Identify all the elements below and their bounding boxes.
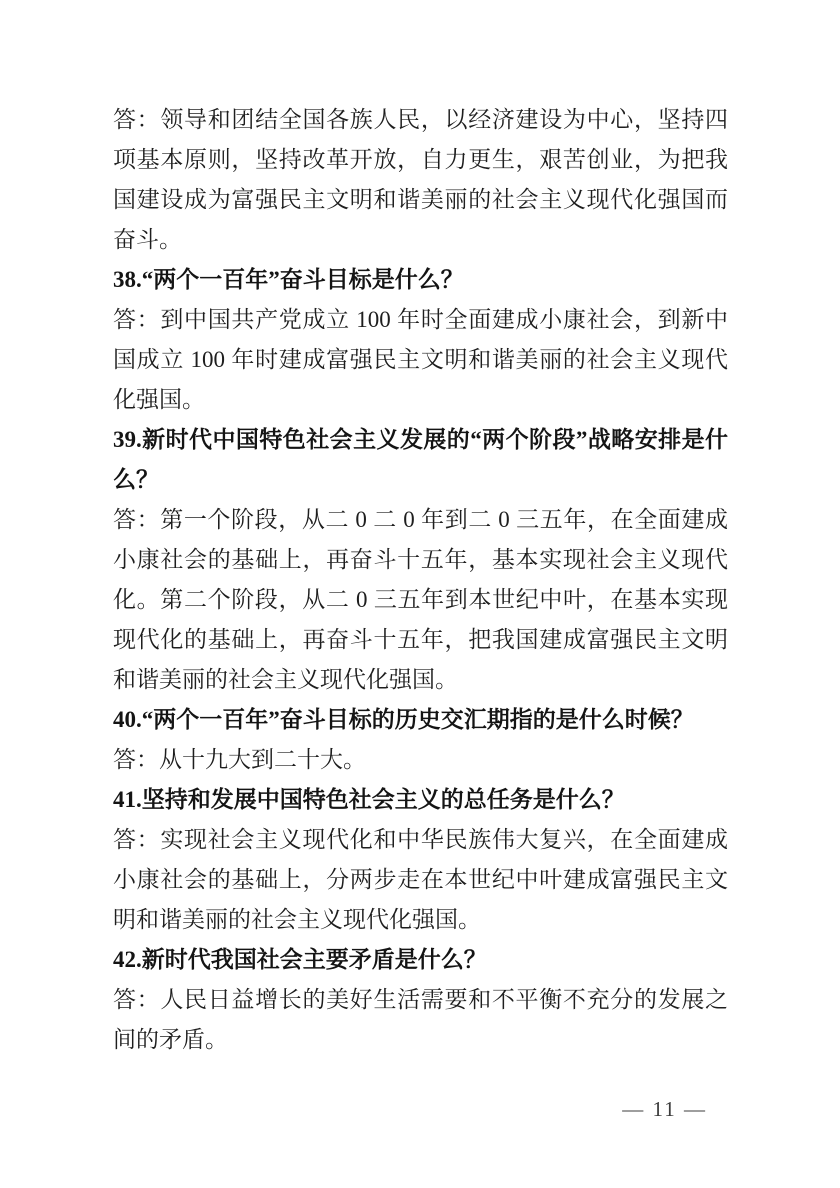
answer-38: 答：到中国共产党成立 100 年时全面建成小康社会，到新中国成立 100 年时建…	[113, 300, 728, 420]
answer-39: 答：第一个阶段，从二 0 二 0 年到二 0 三五年，在全面建成小康社会的基础上…	[113, 500, 728, 700]
document-page: 答：领导和团结全国各族人民，以经济建设为中心，坚持四项基本原则，坚持改革开放，自…	[0, 0, 840, 1188]
page-number: — 11 —	[622, 1096, 707, 1122]
question-39: 39.新时代中国特色社会主义发展的“两个阶段”战略安排是什么？	[113, 420, 728, 500]
answer-41: 答：实现社会主义现代化和中华民族伟大复兴，在全面建成小康社会的基础上，分两步走在…	[113, 820, 728, 940]
qa-text-block: 答：领导和团结全国各族人民，以经济建设为中心，坚持四项基本原则，坚持改革开放，自…	[113, 100, 728, 1060]
answer-42: 答：人民日益增长的美好生活需要和不平衡不充分的发展之间的矛盾。	[113, 980, 728, 1060]
question-38: 38.“两个一百年”奋斗目标是什么？	[113, 260, 728, 300]
question-42: 42.新时代我国社会主要矛盾是什么？	[113, 940, 728, 980]
answer-37-continuation: 答：领导和团结全国各族人民，以经济建设为中心，坚持四项基本原则，坚持改革开放，自…	[113, 100, 728, 260]
answer-40: 答：从十九大到二十大。	[113, 740, 728, 780]
question-41: 41.坚持和发展中国特色社会主义的总任务是什么？	[113, 780, 728, 820]
question-40: 40.“两个一百年”奋斗目标的历史交汇期指的是什么时候？	[113, 700, 728, 740]
